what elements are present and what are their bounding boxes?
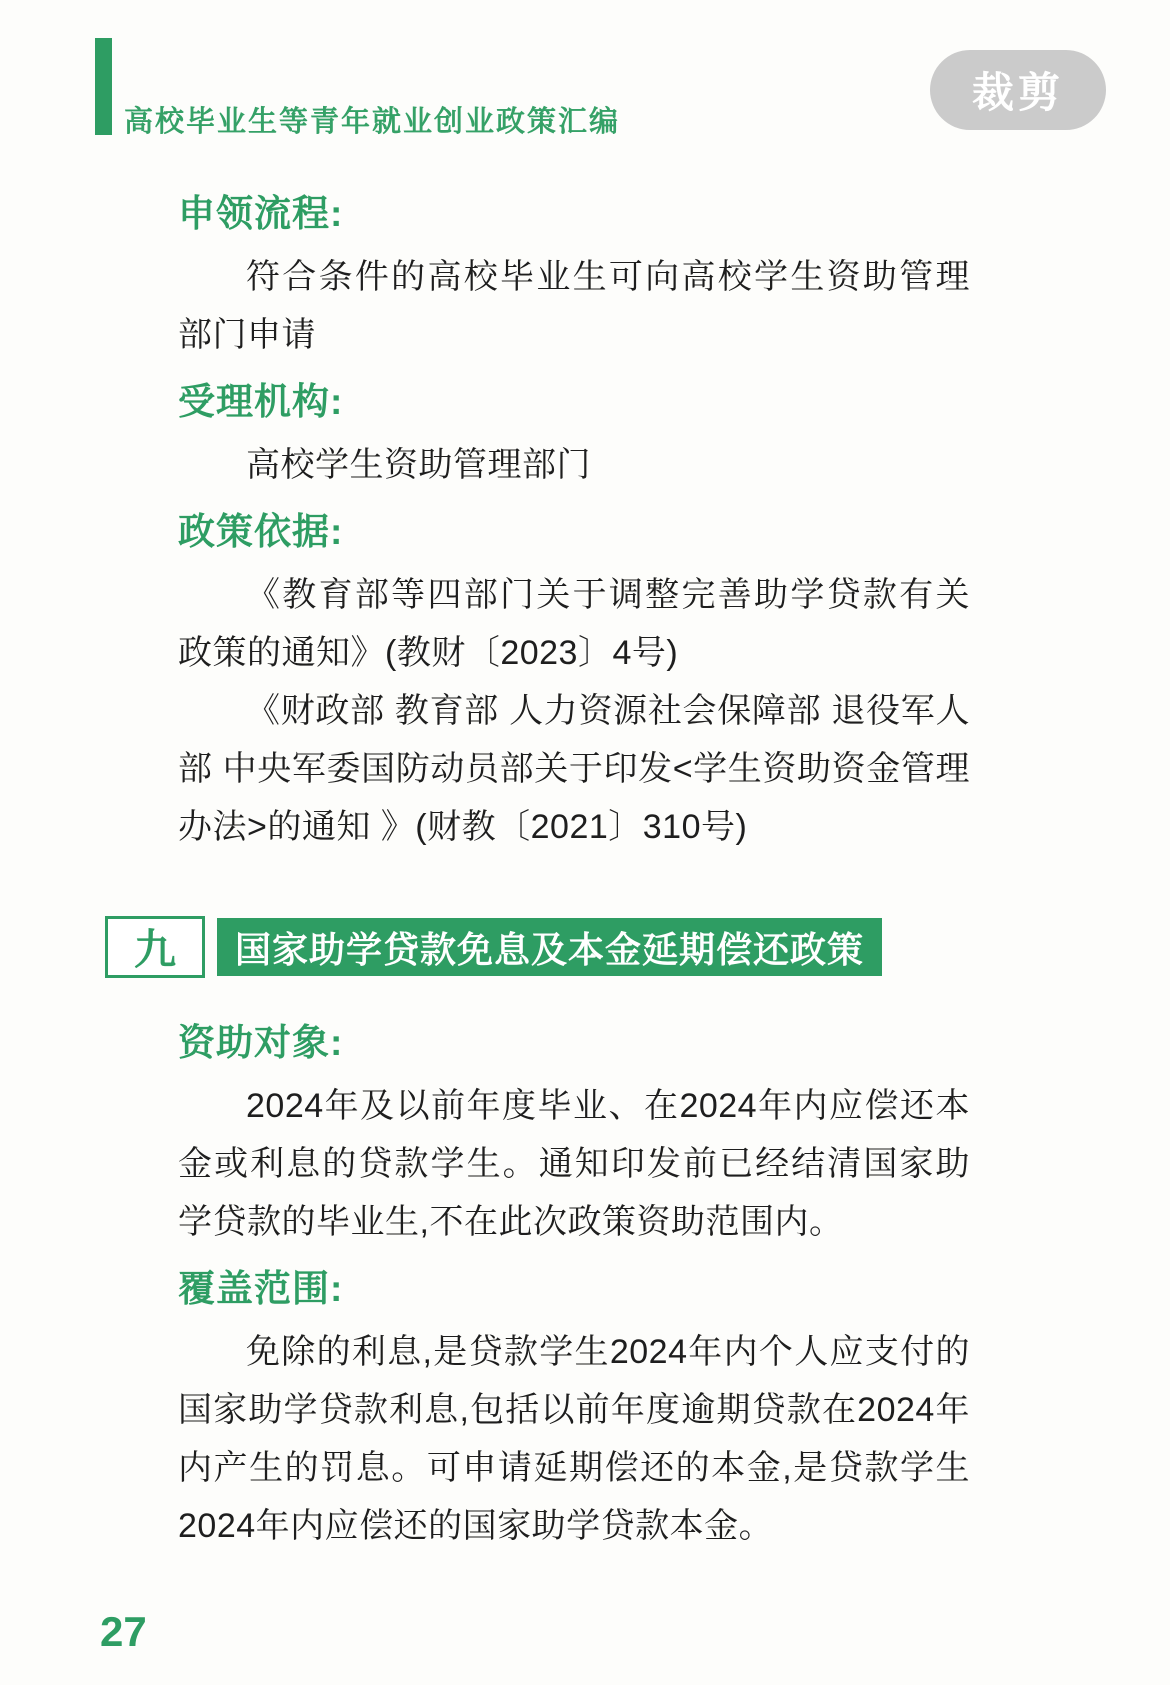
section-paragraph: 免除的利息,是贷款学生2024年内个人应支付的国家助学贷款利息,包括以前年度逾期… — [178, 1323, 970, 1555]
section-paragraph: 《财政部 教育部 人力资源社会保障部 退役军人部 中央军委国防动员部关于印发<学… — [178, 682, 970, 856]
page-number: 27 — [100, 1608, 147, 1656]
crop-button[interactable]: 裁剪 — [930, 50, 1106, 130]
section-heading-accepting-agency: 受理机构: — [178, 378, 970, 426]
chapter-number-box: 九 — [105, 916, 205, 978]
section-paragraph: 高校学生资助管理部门 — [178, 436, 970, 494]
header-accent-bar — [95, 38, 112, 135]
section-paragraph: 《教育部等四部门关于调整完善助学贷款有关政策的通知》(教财〔2023〕4号) — [178, 566, 970, 682]
content-upper: 申领流程: 符合条件的高校毕业生可向高校学生资助管理部门申请 受理机构: 高校学… — [178, 176, 970, 856]
section-heading-policy-basis: 政策依据: — [178, 508, 970, 556]
chapter-banner: 九 国家助学贷款免息及本金延期偿还政策 — [105, 916, 882, 978]
section-paragraph: 符合条件的高校毕业生可向高校学生资助管理部门申请 — [178, 248, 970, 364]
section-heading-coverage-scope: 覆盖范围: — [178, 1265, 970, 1313]
section-paragraph: 2024年及以前年度毕业、在2024年内应偿还本金或利息的贷款学生。通知印发前已… — [178, 1077, 970, 1251]
section-heading-funding-target: 资助对象: — [178, 1019, 970, 1067]
document-header-title: 高校毕业生等青年就业创业政策汇编 — [124, 99, 620, 140]
section-heading-application-process: 申领流程: — [178, 190, 970, 238]
document-page: 高校毕业生等青年就业创业政策汇编 裁剪 申领流程: 符合条件的高校毕业生可向高校… — [0, 0, 1170, 1685]
chapter-title-bar: 国家助学贷款免息及本金延期偿还政策 — [217, 918, 882, 976]
content-lower: 资助对象: 2024年及以前年度毕业、在2024年内应偿还本金或利息的贷款学生。… — [178, 1005, 970, 1555]
